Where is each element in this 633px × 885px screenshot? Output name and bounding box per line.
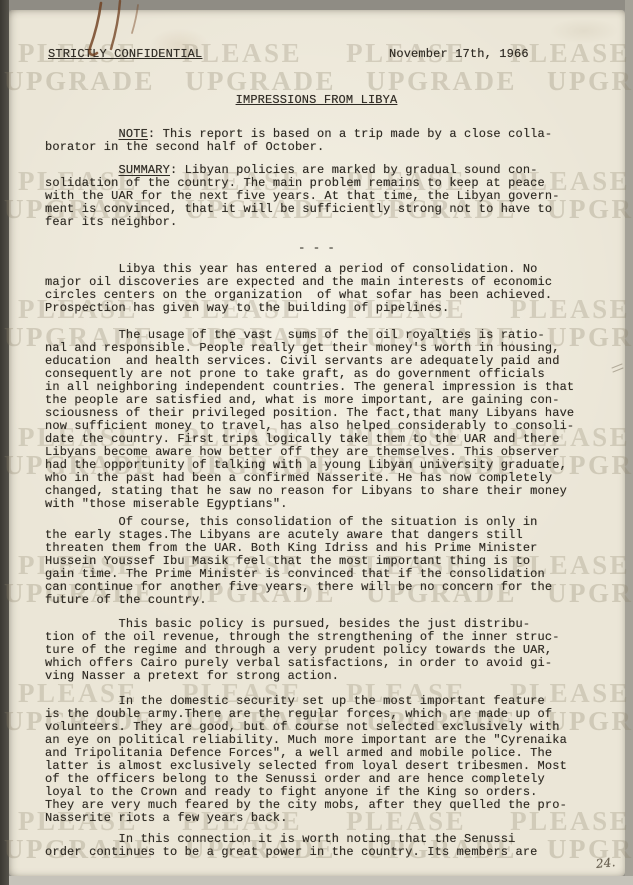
handwritten-page-number: 24. [595,856,616,871]
text-line: borator in the second half of October. [45,141,552,154]
text-line: Nasserite riots a few years back. [45,812,567,825]
section-separator: - - - [298,242,335,255]
document-text-layer: STRICTLY CONFIDENTIAL November 17th, 196… [0,0,633,885]
text-line: fear its neighbor. [45,216,560,229]
report-title: IMPRESSIONS FROM LIBYA [236,94,398,107]
text-line: Prospection has given way to the buildin… [45,302,552,315]
body-paragraph: Of course, this consolidation of the sit… [45,516,552,607]
scanned-document-page: PLEASEPLEASEPLEASEPLEASEPLEASEUPGRADEUPG… [0,0,633,885]
report-date: November 17th, 1966 [389,48,529,61]
note-paragraph: NOTE: This report is based on a trip mad… [45,128,552,154]
text-line: future of the country. [45,594,552,607]
summary-paragraph: SUMMARY: Libyan policies are marked by g… [45,164,560,229]
body-paragraph: This basic policy is pursued, besides th… [45,618,560,683]
text-line: ving Nasser a pretext for strong action. [45,670,560,683]
body-paragraph: In the domestic security set up the most… [45,695,567,825]
body-paragraph: In this connection it is worth noting th… [45,833,538,859]
text-line: with "those miserable Egyptians". [45,498,574,511]
text-line: order continues to be a great power in t… [45,846,538,859]
body-paragraph: The usage of the vast sums of the oil ro… [45,329,574,511]
classification-stamp: STRICTLY CONFIDENTIAL [48,48,202,61]
body-paragraph: Libya this year has entered a period of … [45,263,552,315]
